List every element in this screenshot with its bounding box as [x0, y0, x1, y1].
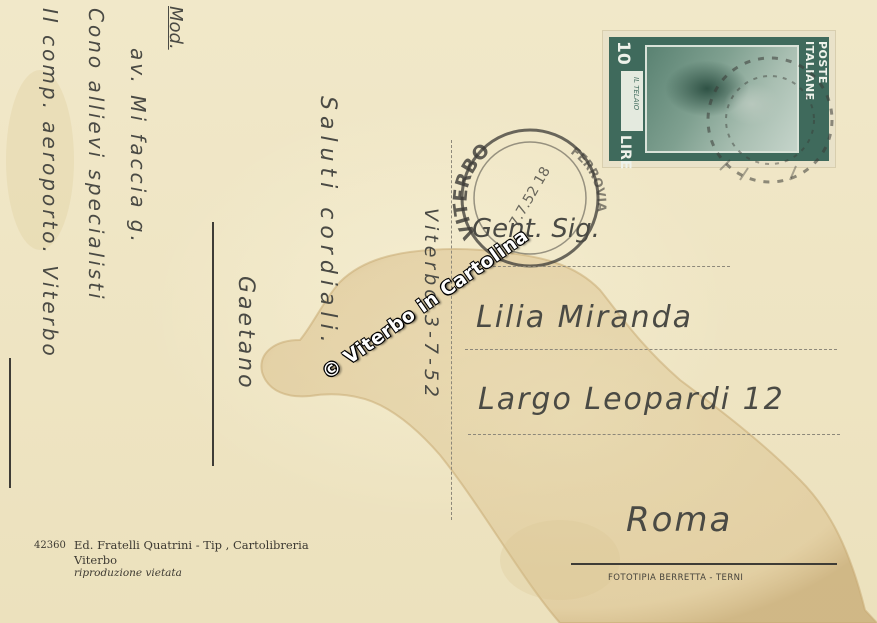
address-line-4	[571, 563, 837, 565]
address-name: Lilia Miranda	[476, 300, 693, 335]
signature-text: Gaetano	[233, 276, 258, 391]
message-line-4: II comp. aeroporto. Viterbo	[38, 8, 62, 359]
address-line-2	[465, 349, 837, 350]
stamp-value: 10	[613, 41, 633, 65]
message-line-3: Cono allievi specialisti	[84, 8, 108, 302]
signature-line	[212, 222, 214, 466]
stamp-currency: LIRE	[617, 135, 633, 169]
address-line-3	[468, 434, 840, 435]
address-salutation: Gent. Sig.	[472, 214, 600, 244]
address-street: Largo Leopardi 12	[478, 382, 785, 417]
stamp-banner-text: IL TELAIO	[632, 77, 640, 110]
publisher-code: 42360	[34, 540, 66, 551]
address-line-1	[468, 266, 730, 267]
publisher-line-2: Viterbo	[74, 553, 117, 567]
publisher-line-3: riproduzione vietata	[74, 567, 182, 579]
cancellation-mark	[680, 40, 860, 200]
svg-text:FERROVIA: FERROVIA	[568, 144, 609, 213]
postmark: VITERBO FERROVIA 7.7.52 18	[445, 123, 615, 273]
postcard-back: Mod. av. Mi faccia g. Cono allievi speci…	[0, 0, 877, 623]
printer-credit: FOTOTIPIA BERRETTA - TERNI	[608, 573, 743, 583]
message-line-1: Mod.	[165, 6, 186, 50]
publisher-line-1: Ed. Fratelli Quatrini - Tip , Cartolibre…	[74, 538, 309, 552]
postmark-subtitle: FERROVIA	[568, 144, 609, 213]
greeting-text: Saluti cordiali.	[315, 96, 340, 349]
message-line-2: av. Mi faccia g.	[126, 48, 150, 245]
address-city: Roma	[626, 500, 732, 540]
underline-mark	[9, 358, 11, 488]
